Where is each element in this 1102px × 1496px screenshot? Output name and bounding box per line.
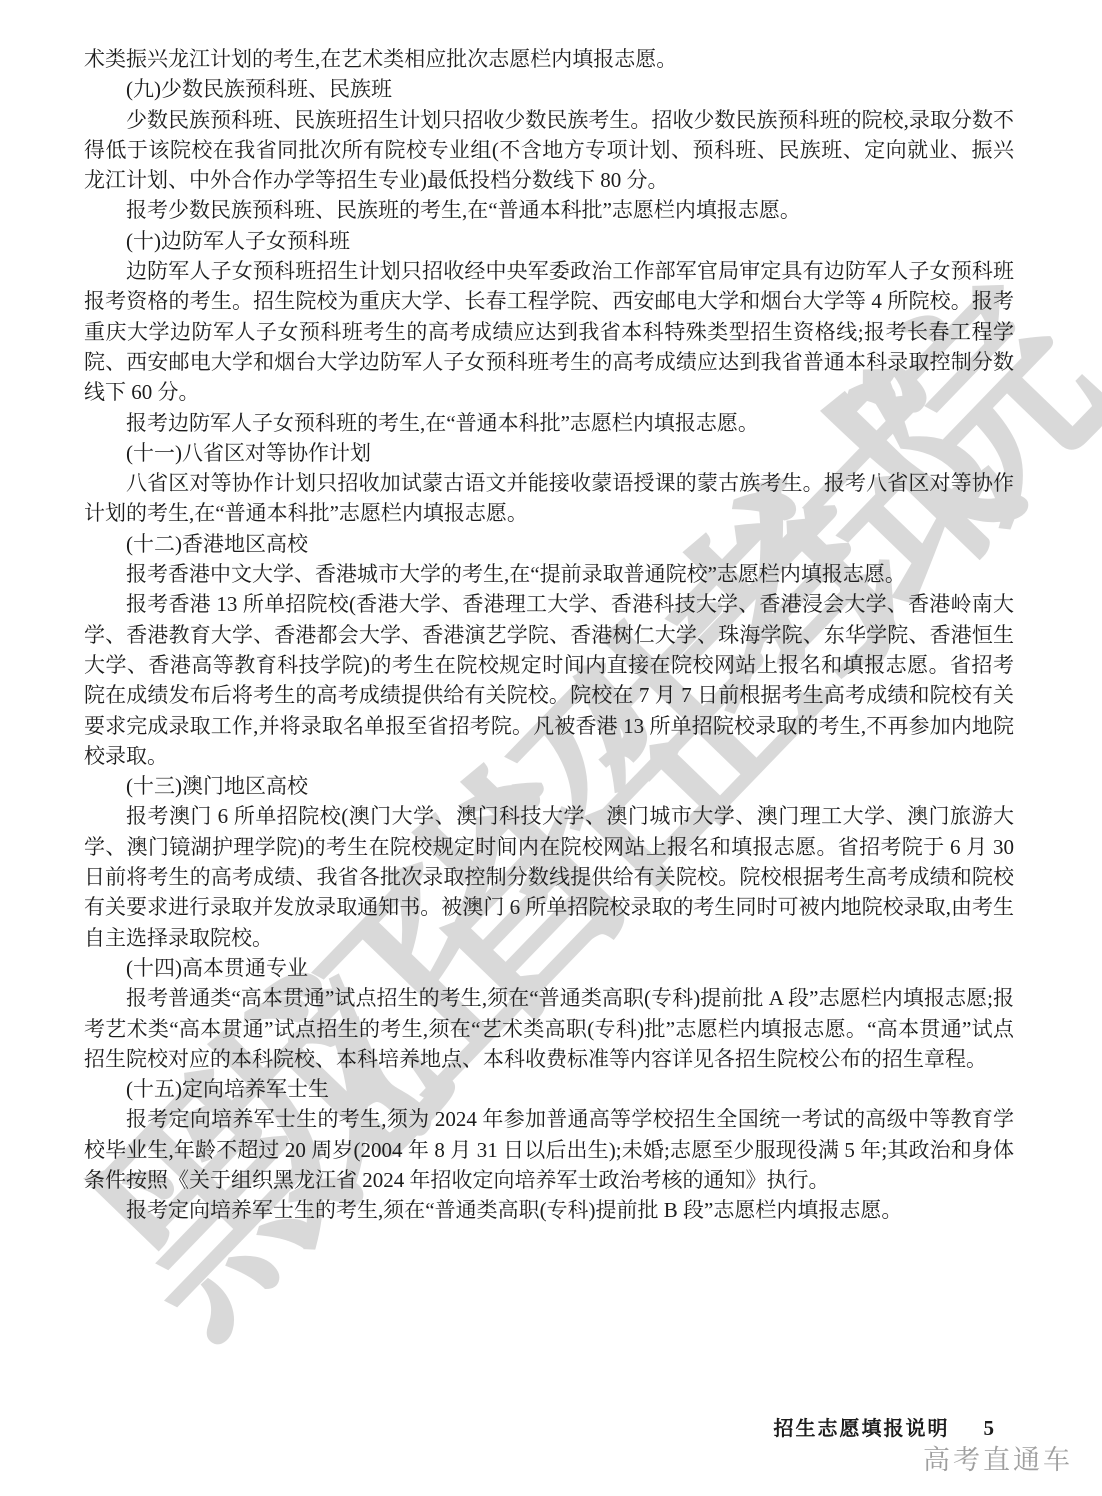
- body-paragraph: 报考澳门 6 所单招院校(澳门大学、澳门科技大学、澳门城市大学、澳门理工大学、澳…: [84, 801, 1014, 952]
- section-heading: (九)少数民族预科班、民族班: [84, 74, 1014, 104]
- section-heading: (十三)澳门地区高校: [84, 771, 1014, 801]
- body-paragraph: 八省区对等协作计划只招收加试蒙古语文并能接收蒙语授课的蒙古族考生。报考八省区对等…: [84, 468, 1014, 529]
- page-body: 术类振兴龙江计划的考生,在艺术类相应批次志愿栏内填报志愿。 (九)少数民族预科班…: [84, 44, 1014, 1226]
- body-paragraph: 报考定向培养军士生的考生,须为 2024 年参加普通高等学校招生全国统一考试的高…: [84, 1104, 1014, 1195]
- section-heading: (十)边防军人子女预科班: [84, 226, 1014, 256]
- body-paragraph: 报考少数民族预科班、民族班的考生,在“普通本科批”志愿栏内填报志愿。: [84, 195, 1014, 225]
- body-paragraph: 报考普通类“高本贯通”试点招生的考生,须在“普通类高职(专科)提前批 A 段”志…: [84, 983, 1014, 1074]
- body-paragraph: 报考边防军人子女预科班的考生,在“普通本科批”志愿栏内填报志愿。: [84, 408, 1014, 438]
- section-heading: (十五)定向培养军士生: [84, 1074, 1014, 1104]
- section-heading: (十一)八省区对等协作计划: [84, 438, 1014, 468]
- page-footer: 招生志愿填报说明 5: [774, 1412, 995, 1441]
- body-paragraph: 报考香港中文大学、香港城市大学的考生,在“提前录取普通院校”志愿栏内填报志愿。: [84, 559, 1014, 589]
- body-paragraph: 边防军人子女预科班招生计划只招收经中央军委政治工作部军官局审定具有边防军人子女预…: [84, 256, 1014, 407]
- body-paragraph: 术类振兴龙江计划的考生,在艺术类相应批次志愿栏内填报志愿。: [84, 44, 1014, 74]
- section-heading: (十二)香港地区高校: [84, 529, 1014, 559]
- document-page: 黑龙江省招生考试院 术类振兴龙江计划的考生,在艺术类相应批次志愿栏内填报志愿。 …: [0, 0, 1102, 1496]
- brand-watermark-text: 高考直通车: [923, 1438, 1073, 1477]
- section-heading: (十四)高本贯通专业: [84, 953, 1014, 983]
- footer-title: 招生志愿填报说明: [774, 1412, 950, 1441]
- body-paragraph: 报考定向培养军士生的考生,须在“普通类高职(专科)提前批 B 段”志愿栏内填报志…: [84, 1195, 1014, 1225]
- body-paragraph: 报考香港 13 所单招院校(香港大学、香港理工大学、香港科技大学、香港浸会大学、…: [84, 589, 1014, 771]
- body-paragraph: 少数民族预科班、民族班招生计划只招收少数民族考生。招收少数民族预科班的院校,录取…: [84, 105, 1014, 196]
